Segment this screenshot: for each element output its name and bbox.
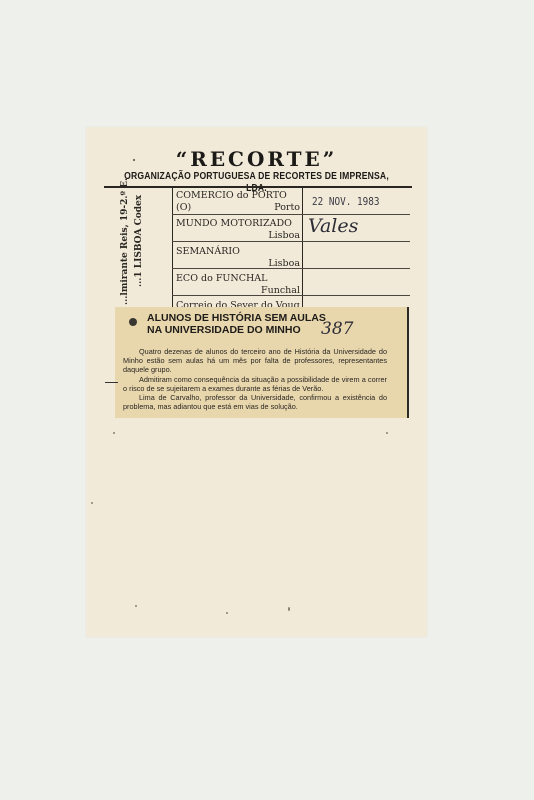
publication-name: SEMANÁRIO	[176, 246, 240, 257]
publication-name: MUNDO MOTORIZADO	[176, 218, 292, 229]
row-divider	[302, 268, 410, 269]
address-line-2: ...1 LISBOA Codex	[134, 195, 144, 287]
publication-cell: COMERCIO do PORTO (O) Porto	[176, 190, 300, 214]
publication-city: Lisboa	[268, 258, 300, 269]
handwritten-mark: Vales	[308, 215, 358, 237]
address-line-1: ...lmirante Reis, 19-2.º E.	[120, 178, 130, 305]
paper-speck	[288, 607, 290, 611]
paragraph: Lima de Carvalho, professor da Universid…	[123, 393, 387, 411]
row-divider	[302, 241, 410, 242]
bullet-icon	[129, 318, 137, 326]
publication-city: Funchal	[261, 285, 300, 296]
paper-speck	[226, 612, 228, 614]
date-stamp: 22 NOV. 1983	[312, 195, 380, 208]
row-divider	[172, 214, 302, 215]
paper-speck	[113, 432, 115, 434]
clipping-body: Quatro dezenas de alunos do terceiro ano…	[123, 347, 387, 411]
headline-line-2: NA UNIVERSIDADE DO MINHO	[147, 324, 326, 336]
publication-name: ECO do FUNCHAL	[176, 273, 267, 284]
publication-extra: (O)	[176, 202, 191, 213]
paper-speck	[135, 605, 137, 607]
clipping-headline: ALUNOS DE HISTÓRIA SEM AULAS NA UNIVERSI…	[147, 312, 326, 336]
recorte-form-page: “RECORTE” ORGANIZAÇÃO PORTUGUESA DE RECO…	[86, 127, 427, 637]
handwritten-number: 387	[321, 319, 353, 339]
publication-cell: SEMANÁRIO Lisboa	[176, 246, 300, 270]
publication-cell: ECO do FUNCHAL Funchal	[176, 273, 300, 297]
paper-speck	[91, 502, 93, 504]
headline-line-1: ALUNOS DE HISTÓRIA SEM AULAS	[147, 312, 326, 324]
paragraph: Admitiram como consequência da situação …	[123, 375, 387, 393]
brand-title: “RECORTE”	[86, 147, 427, 171]
margin-dash-mark	[105, 382, 118, 383]
paragraph: Quatro dezenas de alunos do terceiro ano…	[123, 347, 387, 375]
header-rule	[104, 186, 412, 188]
publication-city: Lisboa	[268, 230, 300, 241]
newspaper-clipping: ALUNOS DE HISTÓRIA SEM AULAS NA UNIVERSI…	[115, 307, 409, 418]
column-divider-right	[302, 187, 303, 307]
publication-cell: MUNDO MOTORIZADO Lisboa	[176, 218, 300, 242]
paper-speck	[386, 432, 388, 434]
publication-name: COMERCIO do PORTO	[176, 190, 287, 201]
publication-city: Porto	[274, 202, 300, 213]
row-divider	[302, 295, 410, 296]
column-divider-left	[172, 187, 173, 307]
